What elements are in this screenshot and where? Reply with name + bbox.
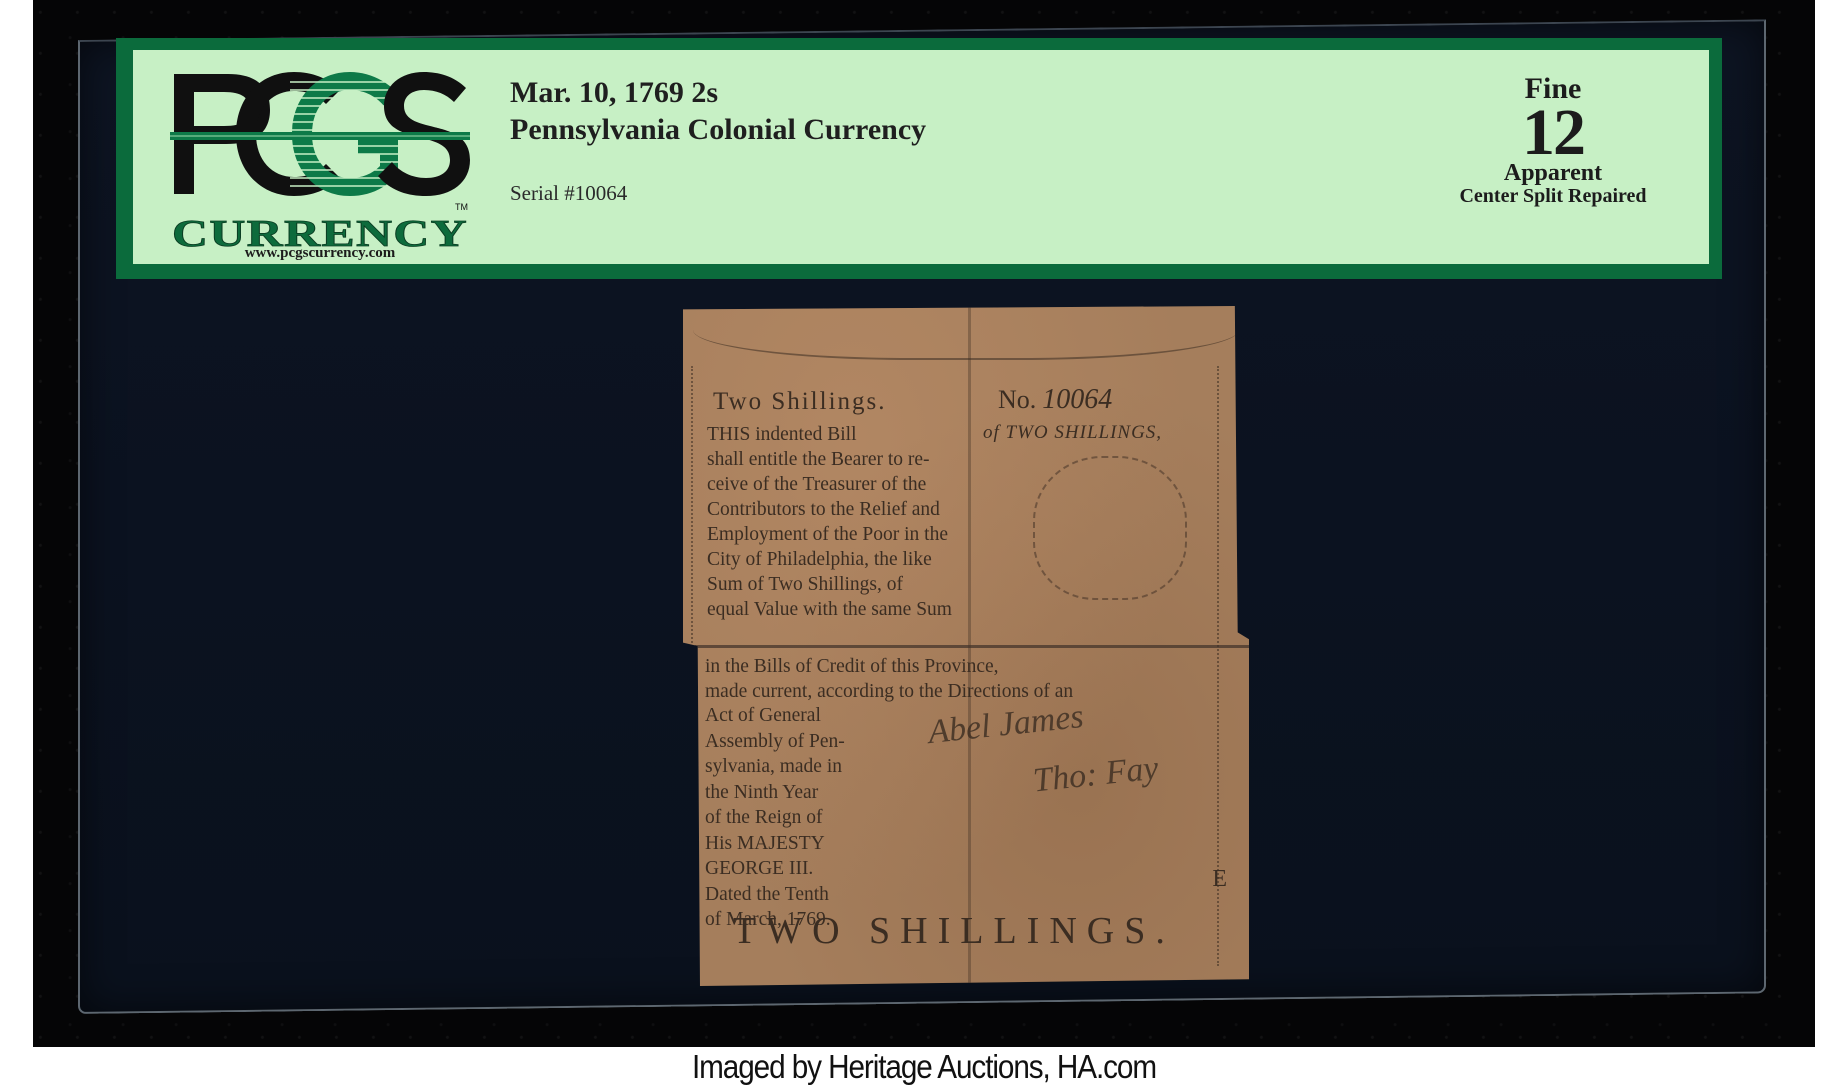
note-text-line: His MAJESTY: [705, 831, 905, 857]
pcgs-website-url: www.pcgscurrency.com: [170, 245, 470, 262]
signature-1: Abel James: [926, 698, 1085, 752]
note-number: No.10064: [998, 384, 1112, 416]
note-text-line: Assembly of Pen-: [705, 729, 905, 755]
note-text-line: the Ninth Year: [705, 780, 905, 806]
note-text-line: shall entitle the Bearer to re-: [707, 447, 1007, 472]
note-text-line: sylvania, made in: [705, 754, 905, 780]
note-text-line: Act of General: [705, 703, 905, 729]
signature-2: Tho: Fay: [1031, 750, 1160, 801]
note-header: Two Shillings.: [713, 388, 887, 416]
note-text-line: Dated the Tenth: [705, 882, 905, 908]
note-center-split: [683, 645, 1249, 648]
grade-number: 12: [1433, 104, 1673, 162]
note-body-middle: in the Bills of Credit of this Province,…: [705, 654, 1225, 704]
note-text-line: made current, according to the Direction…: [705, 679, 1225, 704]
note-footer-denomination: TWO SHILLINGS.: [733, 909, 1175, 953]
grade-qualifier: Apparent: [1433, 162, 1673, 184]
serial-number: Serial #10064: [510, 181, 926, 206]
pcgs-logo-icon: TM CURRENCY: [170, 68, 470, 254]
note-text-line: GEORGE III.: [705, 856, 905, 882]
pcgs-grading-label: TM CURRENCY www.pcgscurrency.com Mar. 10…: [116, 38, 1722, 279]
note-body-lower: Act of General Assembly of Pen- sylvania…: [705, 703, 905, 933]
note-top-border-ornament: [693, 310, 1239, 360]
note-text-line: equal Value with the same Sum: [707, 597, 1007, 622]
label-panel: TM CURRENCY www.pcgscurrency.com Mar. 10…: [133, 50, 1709, 264]
note-body-upper: THIS indented Bill shall entitle the Bea…: [707, 422, 1007, 622]
note-text-line: Sum of Two Shillings, of: [707, 572, 1007, 597]
grade-block: Fine 12 Apparent Center Split Repaired: [1433, 74, 1673, 208]
issue-date-denomination: Mar. 10, 1769 2s: [510, 76, 926, 110]
plate-letter: E: [1212, 866, 1227, 893]
note-text-line: in the Bills of Credit of this Province,: [705, 654, 1225, 679]
note-seal-emblem: [1033, 456, 1187, 600]
note-number-label: No.: [998, 385, 1036, 414]
currency-type: Pennsylvania Colonial Currency: [510, 110, 926, 150]
item-title-block: Mar. 10, 1769 2s Pennsylvania Colonial C…: [510, 76, 926, 206]
note-text-line: Contributors to the Relief and: [707, 497, 1007, 522]
note-right-heading: of TWO SHILLINGS,: [983, 422, 1162, 444]
pcgs-currency-logo: TM CURRENCY: [170, 68, 470, 254]
note-number-handwritten: 10064: [1042, 384, 1112, 415]
grade-note: Center Split Repaired: [1433, 184, 1673, 208]
image-credit-caption: Imaged by Heritage Auctions, HA.com: [92, 1047, 1755, 1087]
note-text-line: Employment of the Poor in the: [707, 522, 1007, 547]
colonial-banknote: Two Shillings. No.10064 THIS indented Bi…: [683, 306, 1249, 986]
svg-text:TM: TM: [455, 202, 468, 212]
note-text-line: ceive of the Treasurer of the: [707, 472, 1007, 497]
note-text-line: of the Reign of: [705, 805, 905, 831]
note-text-line: THIS indented Bill: [707, 422, 1007, 447]
note-text-line: City of Philadelphia, the like: [707, 547, 1007, 572]
